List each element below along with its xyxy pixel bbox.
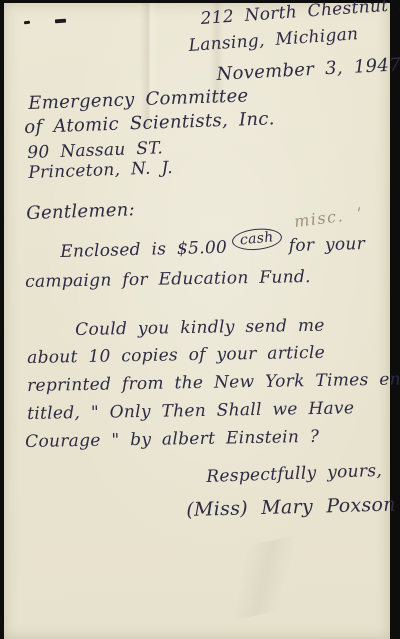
letter-paper: 212 North Chestnut St. Lansing, Michigan… xyxy=(4,3,390,639)
body-line: Enclosed is $5.00cashfor your xyxy=(60,234,365,264)
return-address-line: Lansing, Michigan xyxy=(188,24,359,56)
circled-cash-annotation: cash xyxy=(231,227,282,253)
return-address-line: 212 North Chestnut St. xyxy=(200,0,400,29)
recipient-address-line: Princeton, N. J. xyxy=(28,158,173,183)
date-line: November 3, 1947 xyxy=(216,54,400,85)
paper-crease xyxy=(149,521,379,635)
body-line: campaign for Education Fund. xyxy=(25,267,311,292)
body-line: Courage " by albert Einstein ? xyxy=(25,427,319,452)
pencil-annotation: misc. xyxy=(293,206,345,231)
body-line: about 10 copies of your article xyxy=(27,343,325,368)
pencil-tick-mark: ' xyxy=(354,204,362,222)
body-line: reprinted from the New York Times en- xyxy=(27,369,400,396)
body-line: Could you kindly send me xyxy=(75,316,325,340)
scan-background: 212 North Chestnut St. Lansing, Michigan… xyxy=(0,0,400,639)
body-line: titled, " Only Then Shall we Have xyxy=(27,398,354,424)
closing-line: Respectfully yours, xyxy=(206,461,382,487)
binding-mark xyxy=(24,21,30,25)
binding-mark xyxy=(55,19,66,24)
body-line-text: Enclosed is $5.00 xyxy=(60,238,227,262)
body-line-text: for your xyxy=(288,234,365,256)
salutation: Gentlemen: xyxy=(26,199,135,224)
signature-line: (Miss) Mary Poxson xyxy=(186,494,396,521)
